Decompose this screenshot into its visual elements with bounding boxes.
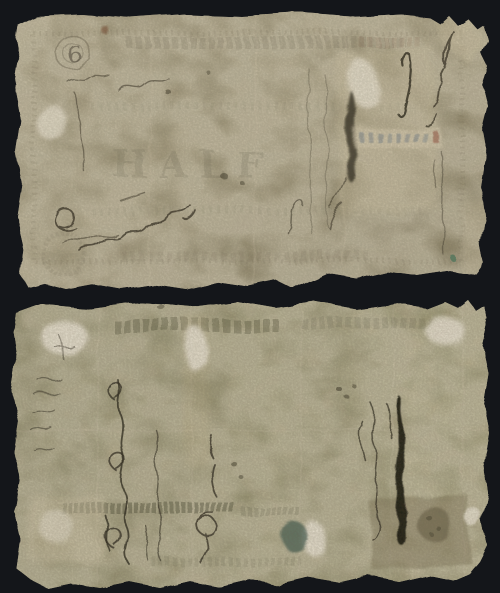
banknote-obverse: HALF 6 [8, 8, 492, 294]
paper-grain [6, 294, 494, 590]
banknote-photograph: HALF 6 [0, 0, 500, 593]
banknote-reverse [6, 294, 494, 590]
paper-grain [8, 8, 492, 294]
